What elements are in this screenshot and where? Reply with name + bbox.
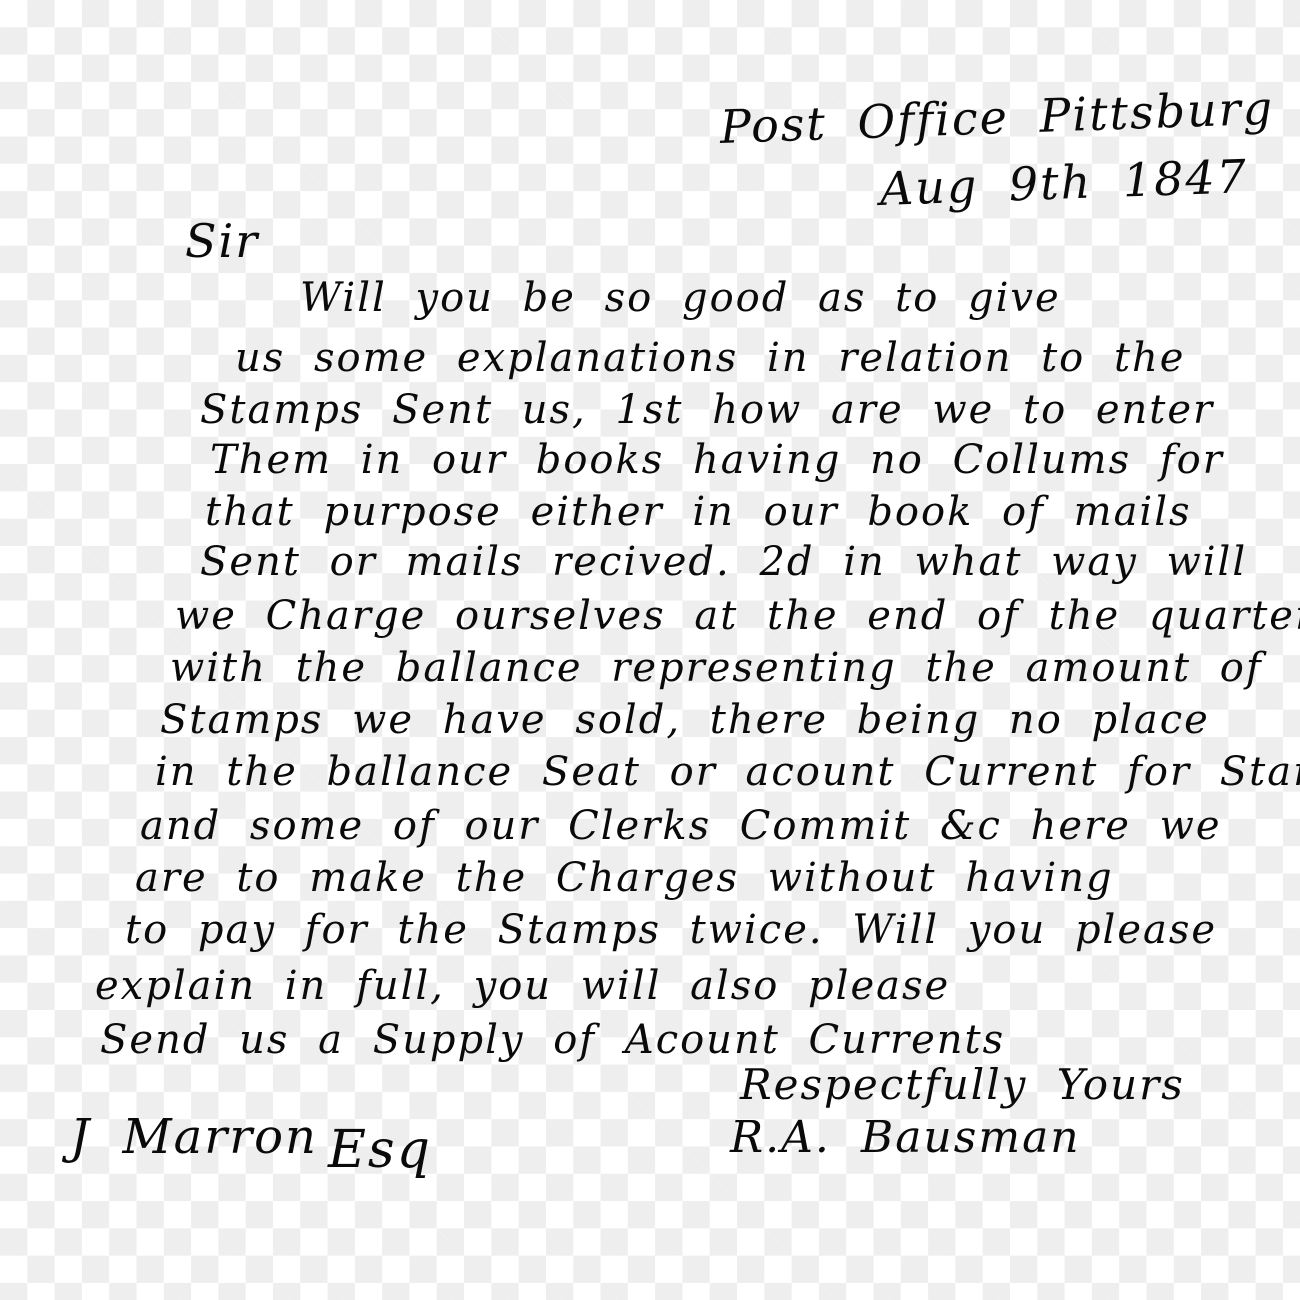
body-line: Will you be so good as to give <box>300 278 1061 318</box>
body-line: are to make the Charges without having <box>135 858 1114 898</box>
signature: R.A. Bausman <box>730 1116 1081 1160</box>
body-line: we Charge ourselves at the end of the qu… <box>175 596 1300 636</box>
closing: Respectfully Yours <box>740 1064 1185 1106</box>
letter-place: Post Office Pittsburg <box>719 85 1275 150</box>
letter-date: Aug 9th 1847 <box>879 153 1248 212</box>
body-line: Sent or mails recived. 2d in what way wi… <box>200 542 1247 582</box>
body-line: that purpose either in our book of mails <box>205 492 1192 532</box>
body-line: Them in our books having no Collums for <box>210 440 1224 480</box>
body-line: in the ballance Seat or acount Current f… <box>155 752 1300 792</box>
body-line: Send us a Supply of Acount Currents <box>100 1020 1005 1060</box>
body-line: us some explanations in relation to the <box>235 338 1185 378</box>
body-line: to pay for the Stamps twice. Will you pl… <box>125 910 1217 950</box>
addressee-name: J Marron <box>70 1109 318 1165</box>
body-line: explain in full, you will also please <box>95 966 950 1006</box>
body-line: and some of our Clerks Commit &c here we <box>140 806 1222 846</box>
addressee-suffix: Esq <box>328 1124 432 1176</box>
body-line: Stamps we have sold, there being no plac… <box>160 700 1210 740</box>
handwritten-letter: Post Office Pittsburg Aug 9th 1847 Sir W… <box>0 0 1300 1300</box>
addressee: J MarronEsq <box>70 1110 432 1162</box>
salutation: Sir <box>185 218 259 264</box>
body-line: with the ballance representing the amoun… <box>170 648 1263 688</box>
body-line: Stamps Sent us, 1st how are we to enter <box>200 390 1214 430</box>
